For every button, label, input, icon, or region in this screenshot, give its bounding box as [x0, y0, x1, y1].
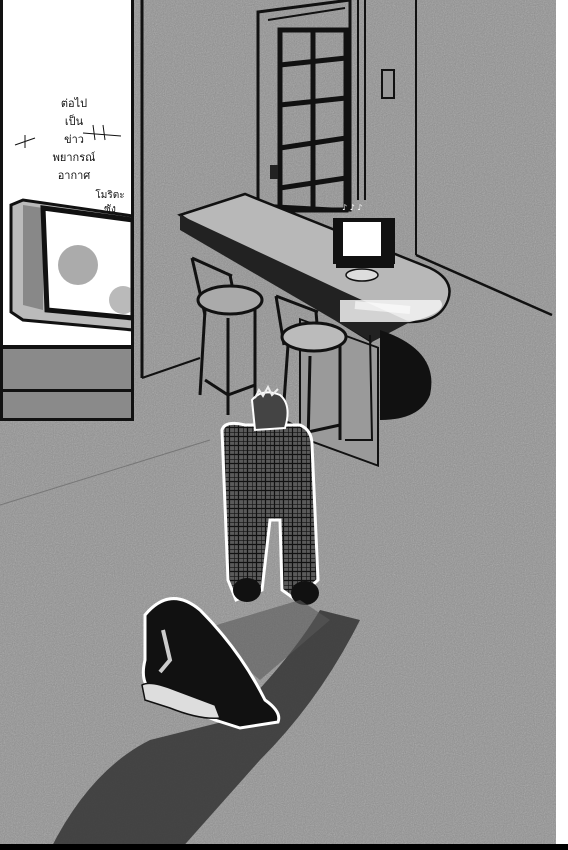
page-bottom-edge: [0, 844, 568, 850]
caption-line: ซัง: [85, 203, 134, 217]
sparkle-icon-left: [15, 135, 35, 148]
manga-page: ♪ ♪ ♪: [0, 0, 568, 850]
speech-line: ข่าว: [39, 131, 109, 149]
inset-panel-tv: ต่อไป เป็น ข่าว พยากรณ์ อากาศ โมริตะ ซัง: [0, 0, 134, 421]
caption-line: โมริตะ: [85, 189, 134, 203]
speech-line: อากาศ: [39, 167, 109, 185]
speech-line: พยากรณ์: [39, 149, 109, 167]
page-margin-right: [556, 0, 568, 850]
tv-sound-effect: ♪ ♪ ♪: [342, 203, 362, 212]
speech-line: เป็น: [39, 113, 109, 131]
tv-speech-text: ต่อไป เป็น ข่าว พยากรณ์ อากาศ: [39, 95, 109, 185]
tv-name-caption: โมริตะ ซัง: [85, 189, 134, 217]
speech-line: ต่อไป: [39, 95, 109, 113]
light-switch: [382, 70, 394, 98]
